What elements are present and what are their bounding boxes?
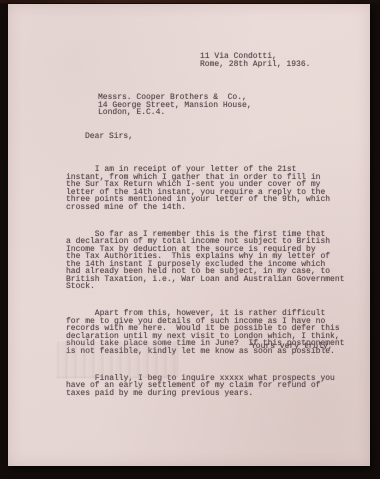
paragraph-1: I am in receipt of your letter of the 21…: [66, 166, 362, 211]
closing-valediction: Yours very truly,: [251, 343, 333, 351]
embossed-stamp: [56, 340, 178, 378]
recipient-address: Messrs. Cooper Brothers & Co., 14 George…: [98, 94, 252, 117]
photo-background: 11 Via Condotti, Rome, 28th April, 1936.…: [0, 0, 380, 479]
letter-paper: 11 Via Condotti, Rome, 28th April, 1936.…: [8, 4, 370, 466]
paragraph-2: So far as I remember this is the first t…: [66, 231, 362, 291]
sender-address: 11 Via Condotti, Rome, 28th April, 1936.: [200, 53, 310, 68]
salutation: Dear Sirs,: [85, 133, 133, 141]
